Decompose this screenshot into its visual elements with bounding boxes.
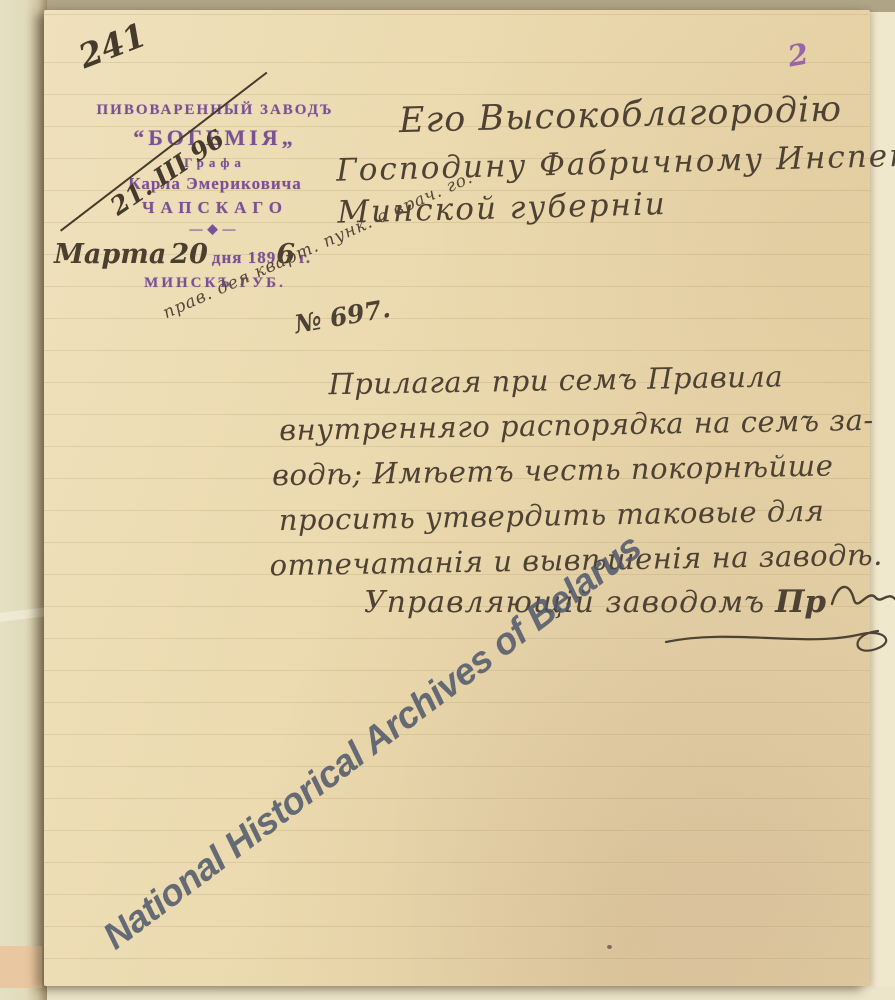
signature-flourish: [664, 618, 895, 662]
signature-autograph-squiggle: [828, 574, 895, 616]
stamp-date-day-handwritten: 20: [170, 239, 208, 270]
registry-number: 241: [73, 15, 151, 76]
underlying-folio-edge: [0, 0, 47, 1000]
signature-autograph-initials: Пр: [775, 584, 826, 620]
address-line-honorific: Его Высокоблагородію: [398, 85, 895, 141]
folio-fold-line: [0, 607, 47, 622]
signature-block: Управляющій заводомъ Пр: [364, 574, 895, 620]
sheet-number: 2: [785, 37, 811, 74]
scan-bottom-gutter: [0, 986, 895, 1000]
letter-body: Прилагая при семъ Правила внутренняго ра…: [268, 353, 883, 589]
address-line-recipient: Господину Фабричному Инспектору: [336, 135, 895, 188]
ink-speck: [607, 945, 612, 949]
stamp-date-month-handwritten: Марта: [54, 239, 166, 270]
folio-corner-patch: [0, 946, 42, 988]
archival-scan: 241 21. III 96 2 ПИВОВАРЕННЫЙ ЗАВОДЪ “БО…: [0, 0, 895, 1000]
letter-sheet: 241 21. III 96 2 ПИВОВАРЕННЫЙ ЗАВОДЪ “БО…: [44, 10, 870, 986]
outgoing-number: № 697.: [292, 294, 392, 339]
